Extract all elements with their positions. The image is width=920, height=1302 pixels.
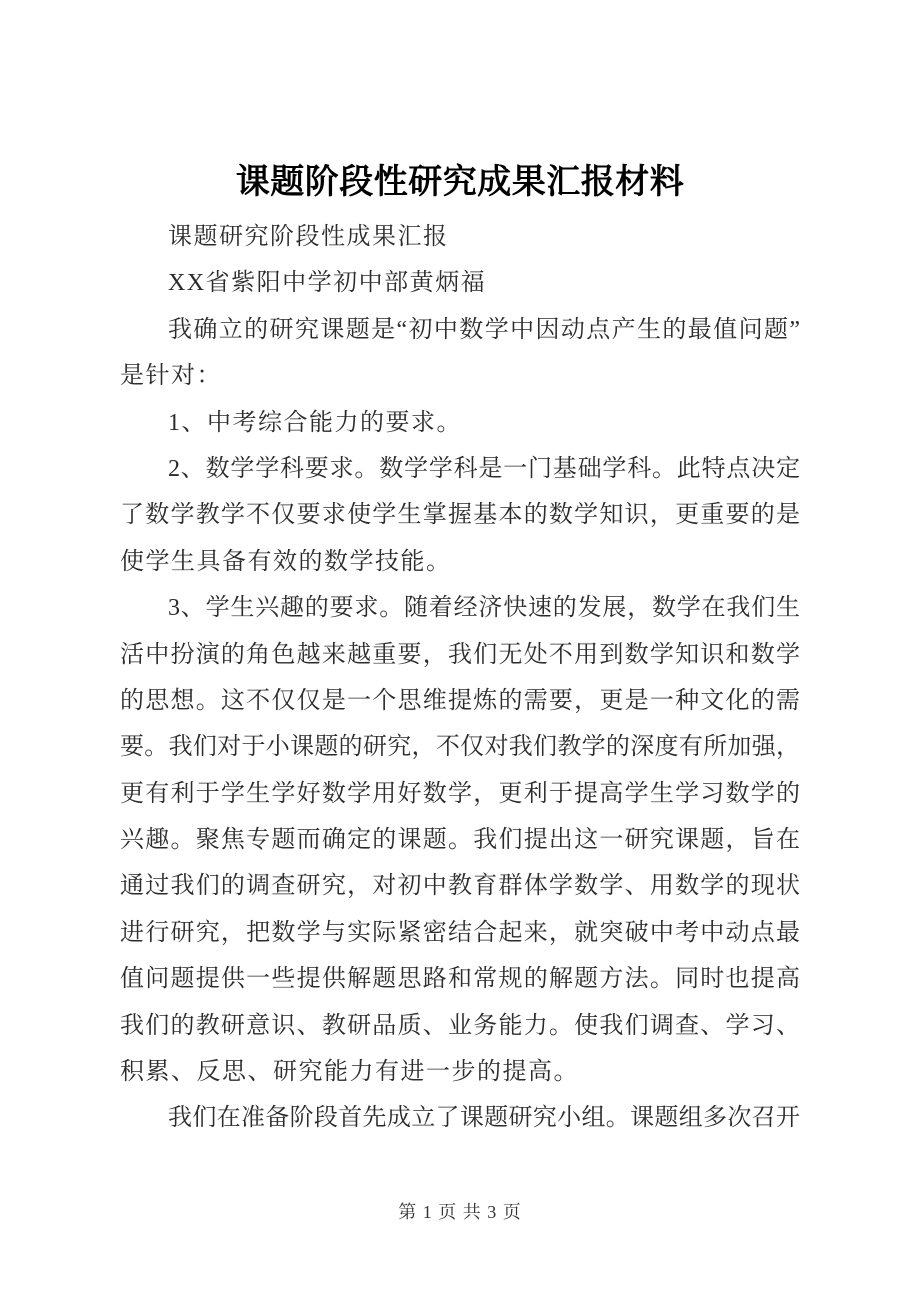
text-line: 3、学生兴趣的要求。随着经济快速的发展，数学在我们生 <box>120 585 800 631</box>
text-line: 进行研究，把数学与实际紧密结合起来，就突破中考中动点最 <box>120 910 800 956</box>
text-line: XX省紫阳中学初中部黄炳福 <box>120 260 800 306</box>
text-line: 我们在准备阶段首先成立了课题研究小组。课题组多次召开 <box>120 1095 800 1141</box>
text-line: 使学生具备有效的数学技能。 <box>120 539 800 585</box>
text-line: 2、数学学科要求。数学学科是一门基础学科。此特点决定 <box>120 446 800 492</box>
text-line: 活中扮演的角色越来越重要，我们无处不用到数学知识和数学 <box>120 632 800 678</box>
text-line: 我们的教研意识、教研品质、业务能力。使我们调查、学习、 <box>120 1003 800 1049</box>
page-footer: 第 1 页 共 3 页 <box>0 1200 920 1224</box>
text-line: 更有利于学生学好数学用好数学，更利于提高学生学习数学的 <box>120 771 800 817</box>
text-line: 通过我们的调查研究，对初中教育群体学数学、用数学的现状 <box>120 863 800 909</box>
text-line: 课题研究阶段性成果汇报 <box>120 214 800 260</box>
text-line: 要。我们对于小课题的研究，不仅对我们教学的深度有所加强， <box>120 724 800 770</box>
text-line: 是针对： <box>120 353 800 399</box>
text-line: 我确立的研究课题是“初中数学中因动点产生的最值问题” <box>120 307 800 353</box>
document-body: 课题研究阶段性成果汇报XX省紫阳中学初中部黄炳福我确立的研究课题是“初中数学中因… <box>120 214 800 1142</box>
text-line: 的思想。这不仅仅是一个思维提炼的需要，更是一种文化的需 <box>120 678 800 724</box>
text-line: 兴趣。聚焦专题而确定的课题。我们提出这一研究课题，旨在 <box>120 817 800 863</box>
page-number-label: 第 1 页 共 3 页 <box>398 1202 522 1222</box>
text-line: 积累、反思、研究能力有进一步的提高。 <box>120 1049 800 1095</box>
text-line: 1、中考综合能力的要求。 <box>120 400 800 446</box>
text-line: 了数学教学不仅要求使学生掌握基本的数学知识，更重要的是 <box>120 492 800 538</box>
document-page: 课题阶段性研究成果汇报材料 课题研究阶段性成果汇报XX省紫阳中学初中部黄炳福我确… <box>0 0 920 1302</box>
document-title: 课题阶段性研究成果汇报材料 <box>120 160 800 206</box>
text-line: 值问题提供一些提供解题思路和常规的解题方法。同时也提高 <box>120 956 800 1002</box>
